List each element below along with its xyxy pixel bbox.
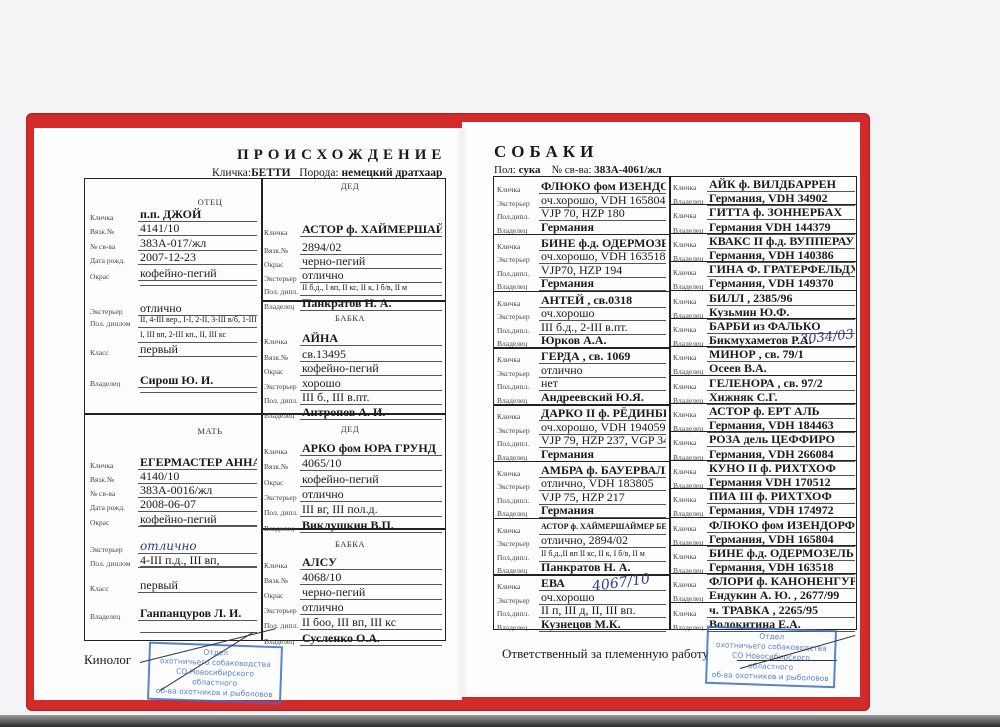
- field-value: АЙК ф. ВИЛДБАРРЕН: [707, 177, 855, 192]
- field-value: ГИНА Ф. ГРАТЕРФЕЛЬДХЕН: [707, 262, 855, 277]
- pedigree-title: ПРОИСХОЖДЕНИЕ: [237, 147, 446, 164]
- field-label: Пол. диплом: [90, 319, 138, 328]
- field-label: Класс: [90, 584, 138, 593]
- field-label: Экстерьер: [264, 606, 300, 615]
- field-row: ВладелецСирош Ю. И.: [90, 373, 257, 388]
- field-value: кофейно-пегий: [138, 266, 257, 281]
- ancestor-role: ОТЕЦ: [170, 197, 250, 207]
- field-row: КличкаКВАКС II ф.д. ВУППЕРАУ: [673, 234, 855, 249]
- field-row: Экстерьеротлично: [90, 539, 257, 554]
- field-row: Вязк.№4068/10: [264, 570, 442, 585]
- field-value: 4065/10: [300, 456, 442, 471]
- field-row: ВладелецАндреевский Ю.Я.: [497, 390, 666, 405]
- field-value: хорошо: [300, 376, 442, 391]
- field-row: Пол. дипл.II б.д., I вп, II кс, II к, I …: [264, 281, 442, 296]
- field-label: Окрас: [264, 591, 300, 600]
- field-value: первый: [138, 578, 257, 593]
- field-row: КличкаАРКО фом ЮРА ГРУНД: [264, 441, 442, 456]
- cynologist-label: Кинолог: [84, 652, 131, 668]
- field-value: Суслeнко О.А.: [300, 631, 442, 646]
- sex-label: Пол:: [494, 164, 516, 176]
- scanner-edge: [0, 715, 1000, 727]
- field-row: КличкаБИНЕ ф.д. ОДЕРМОЗЕЛЬ: [673, 546, 855, 561]
- field-label: Дата рожд.: [90, 256, 138, 265]
- ancestor-role: ДЕД: [300, 181, 400, 191]
- field-value: Виклушкин В.П.: [300, 518, 442, 533]
- field-label: Экстерьер: [264, 493, 300, 502]
- field-label: Владелец: [264, 524, 300, 533]
- field-row: КличкаГЕЛЕНОРА , св. 97/2: [673, 376, 855, 391]
- field-value: ЕГЕРМАСТЕР АННАБЕЛЛА: [138, 455, 257, 470]
- field-row: Кличкач. ТРАВКА , 2265/95: [673, 603, 855, 618]
- field-value: 2894/02: [300, 240, 442, 255]
- field-row: КличкаЕГЕРМАСТЕР АННАБЕЛЛА: [90, 455, 257, 470]
- field-label: Класс: [90, 348, 138, 357]
- field-row: Кличкап.п. ДЖОЙ: [90, 207, 257, 222]
- field-label: Кличка: [264, 228, 300, 237]
- field-row: Вязк.№4141/10: [90, 221, 257, 236]
- field-value: АЛСУ: [300, 555, 442, 570]
- field-value: МИНОР , св. 79/1: [707, 347, 855, 362]
- blank-line: [140, 632, 257, 633]
- field-row: № св-ва383А-017/жл: [90, 236, 257, 251]
- blank-line: [140, 285, 257, 286]
- field-value: АЙНА: [300, 331, 442, 346]
- field-value: Юрков А.А.: [539, 333, 666, 348]
- field-label: Вязк.№: [264, 576, 300, 585]
- field-row: ВладелецСуслeнко О.А.: [264, 631, 442, 646]
- field-row: КличкаФЛОРИ ф. КАНОНЕНГУРМ: [673, 574, 855, 589]
- field-row: № св-ва383А-0016/жл: [90, 483, 257, 498]
- field-row: Пол. дипл.II боо, III вп, III кс: [264, 615, 442, 630]
- blank-line: [140, 525, 257, 526]
- field-label: Окрас: [264, 367, 300, 376]
- field-row: КличкаГИНА Ф. ГРАТЕРФЕЛЬДХЕН: [673, 262, 855, 277]
- field-value: II, 4-III вер., I-I, 2-II, 3-III в/б, 1-…: [138, 313, 257, 328]
- field-label: Пол. дипл.: [264, 396, 300, 405]
- field-value: 2007-12-23: [138, 250, 257, 265]
- field-row: ВладелецГермания: [497, 503, 666, 518]
- field-row: Вязк.№св.13495: [264, 347, 442, 362]
- field-value: первый: [138, 342, 257, 357]
- field-value: отлично: [138, 539, 257, 554]
- field-value: 4141/10: [138, 221, 257, 236]
- field-row: Окраскофейно-пегий: [90, 266, 257, 281]
- field-row: Окрасчерно-пегий: [264, 254, 442, 269]
- field-value: св.13495: [300, 347, 442, 362]
- dog-title: СОБАКИ: [494, 142, 598, 162]
- field-value: БИНЕ ф.д. ОДЕРМОЗЕЛЬ: [707, 546, 855, 561]
- field-row: КличкаАЙК ф. ВИЛДБАРРЕН: [673, 177, 855, 192]
- field-value: 383А-0016/жл: [138, 483, 257, 498]
- field-label: Вязк.№: [90, 227, 138, 236]
- field-value: АСТОР ф. ХАЙМЕРШАЙМЕР БЕРГ: [300, 222, 442, 237]
- field-row: Экстерьерхорошо: [264, 376, 442, 391]
- field-value: АРКО фом ЮРА ГРУНД: [300, 441, 442, 456]
- field-value: РОЗА дель ЦЕФФИРО: [707, 432, 855, 447]
- field-row: ВладелецВиклушкин В.П.: [264, 518, 442, 533]
- ancestor-role: МАТЬ: [170, 426, 250, 436]
- ancestor-role: ДЕД: [300, 424, 400, 434]
- field-value: II б.д., I вп, II кс, II к, I б/в, II м: [300, 281, 442, 296]
- field-label: Владелец: [264, 637, 300, 646]
- field-value: III вг, III пол.д.: [300, 502, 442, 517]
- field-value: черно-пегий: [300, 585, 442, 600]
- field-label: Пол. диплом: [90, 559, 138, 568]
- field-row: ВладелецГанпанцуров Л. И.: [90, 606, 257, 621]
- field-value: Германия: [539, 447, 666, 462]
- field-value: Сирош Ю. И.: [138, 373, 257, 388]
- field-value: черно-пегий: [300, 254, 442, 269]
- field-value: Германия: [539, 276, 666, 291]
- field-label: Владелец: [90, 379, 138, 388]
- field-value: Германия: [539, 503, 666, 518]
- field-value: III б., III в.пт.: [300, 390, 442, 405]
- field-value: ФЛЮКО фом ИЗЕНДОРФ: [707, 518, 855, 533]
- field-row: КличкаКУНО II ф. РИХТХОФ: [673, 461, 855, 476]
- field-value: КВАКС II ф.д. ВУППЕРАУ: [707, 234, 855, 249]
- ancestor-role: БАБКА: [300, 313, 400, 323]
- field-value: п.п. ДЖОЙ: [138, 207, 257, 222]
- field-row: Класспервый: [90, 342, 257, 357]
- field-row: Дата рожд.2007-12-23: [90, 250, 257, 265]
- field-value: кофейно-пегий: [300, 361, 442, 376]
- booklet-spine: [455, 128, 469, 700]
- field-row: КличкаМИНОР , св. 79/1: [673, 347, 855, 362]
- field-value: отлично: [300, 487, 442, 502]
- field-row: Вязк.№4140/10: [90, 469, 257, 484]
- field-value: 2008-06-07: [138, 497, 257, 512]
- field-row: КличкаРОЗА дель ЦЕФФИРО: [673, 432, 855, 447]
- official-stamp-right: Отдел охотничьего собаководства СО Новос…: [705, 626, 837, 689]
- ancestor-role: БАБКА: [300, 539, 400, 549]
- sex-and-cert-line: Пол: сука № св-ва: 383А-4061/жл: [494, 164, 662, 176]
- field-label: Кличка: [264, 447, 300, 456]
- field-value: 4140/10: [138, 469, 257, 484]
- field-row: КличкаБИЛЛ , 2385/96: [673, 291, 855, 306]
- field-value: АСТОР ф. ЕРТ АЛЬ: [707, 404, 855, 419]
- field-row: Пол. дипл.III вг, III пол.д.: [264, 502, 442, 517]
- field-label: Владелец: [90, 612, 138, 621]
- field-row: ВладелецАнтропов А. И.: [264, 405, 442, 420]
- field-row: ВладелецЮрков А.А.: [497, 333, 666, 348]
- field-label: Кличка: [264, 561, 300, 570]
- field-row: ВладелецГермания: [497, 276, 666, 291]
- field-row: I, III вп, 2-III кп., II, III кс: [90, 328, 257, 343]
- cert-value: 383А-4061/жл: [594, 164, 661, 176]
- field-value: ГИТТА ф. ЗОННЕРБАХ: [707, 205, 855, 220]
- field-label: Дата рожд.: [90, 503, 138, 512]
- field-value: Андреевский Ю.Я.: [539, 390, 666, 405]
- field-row: Дата рожд.2008-06-07: [90, 497, 257, 512]
- field-row: КличкаАЙНА: [264, 331, 442, 346]
- sex-value: сука: [519, 164, 541, 176]
- field-row: Экстерьеротлично: [264, 487, 442, 502]
- field-label: Владелец: [264, 302, 300, 311]
- official-stamp-left: Отдел охотничьего собаководства СО Новос…: [147, 642, 283, 705]
- field-value: кофейно-пегий: [300, 472, 442, 487]
- field-row: Окраскофейно-пегий: [264, 472, 442, 487]
- field-value: Ганпанцуров Л. И.: [138, 606, 257, 621]
- field-value: КУНО II ф. РИХТХОФ: [707, 461, 855, 476]
- field-label: Окрас: [90, 518, 138, 527]
- field-value: I, III вп, 2-III кп., II, III кс: [138, 328, 257, 343]
- field-value: ФЛОРИ ф. КАНОНЕНГУРМ: [707, 574, 855, 589]
- field-value: Панкратов Н. А.: [300, 296, 442, 311]
- breeding-responsible-label: Ответственный за племенную работу: [502, 646, 709, 662]
- field-label: Кличка: [264, 337, 300, 346]
- field-label: Пол. дипл.: [264, 508, 300, 517]
- field-label: Окрас: [264, 478, 300, 487]
- field-label: Владелец: [497, 623, 539, 632]
- field-row: КличкаАЛСУ: [264, 555, 442, 570]
- field-value: 383А-017/жл: [138, 236, 257, 251]
- field-value: 4068/10: [300, 570, 442, 585]
- field-value: отлично: [300, 600, 442, 615]
- column-divider: [261, 178, 263, 641]
- field-value: Антропов А. И.: [300, 405, 442, 420]
- field-row: Окраскофейно-пегий: [264, 361, 442, 376]
- field-row: ВладелецКузнецов М.К.: [497, 617, 666, 632]
- field-label: Окрас: [90, 272, 138, 281]
- field-value: БИЛЛ , 2385/96: [707, 291, 855, 306]
- field-row: Вязк.№4065/10: [264, 456, 442, 471]
- field-label: Пол. дипл.: [264, 287, 300, 296]
- field-row: ВладелецГермания: [497, 447, 666, 462]
- field-row: Экстерьеротлично: [264, 600, 442, 615]
- field-label: Владелец: [264, 411, 300, 420]
- field-value: ч. ТРАВКА , 2265/95: [707, 603, 855, 618]
- field-value: Кузнецов М.К.: [539, 617, 666, 632]
- field-row: КличкаПИА III ф. РИХТХОФ: [673, 489, 855, 504]
- field-row: КличкаФЛЮКО фом ИЗЕНДОРФ: [673, 518, 855, 533]
- field-value: ПИА III ф. РИХТХОФ: [707, 489, 855, 504]
- field-row: ВладелецПанкратов Н. А.: [264, 296, 442, 311]
- field-value: Германия: [539, 220, 666, 235]
- field-row: Пол. дипломII, 4-III вер., I-I, 2-II, 3-…: [90, 313, 257, 328]
- field-label: Владелец: [673, 623, 707, 632]
- field-value: ГЕЛЕНОРА , св. 97/2: [707, 376, 855, 391]
- blank-line: [140, 592, 257, 593]
- blank-line: [140, 566, 257, 567]
- field-row: Вязк.№2894/02: [264, 240, 442, 255]
- field-row: КличкаАСТОР ф. ЕРТ АЛЬ: [673, 404, 855, 419]
- field-row: КличкаАСТОР ф. ХАЙМЕРШАЙМЕР БЕРГ: [264, 222, 442, 237]
- cert-label: № св-ва:: [552, 164, 592, 176]
- field-row: Класспервый: [90, 578, 257, 593]
- blank-line: [140, 392, 257, 393]
- field-row: КличкаГИТТА ф. ЗОННЕРБАХ: [673, 205, 855, 220]
- field-row: Пол. дипл.III б., III в.пт.: [264, 390, 442, 405]
- field-row: ВладелецГермания: [497, 220, 666, 235]
- field-label: Вязк.№: [264, 462, 300, 471]
- field-row: Окрасчерно-пегий: [264, 585, 442, 600]
- field-value: II боо, III вп, III кс: [300, 615, 442, 630]
